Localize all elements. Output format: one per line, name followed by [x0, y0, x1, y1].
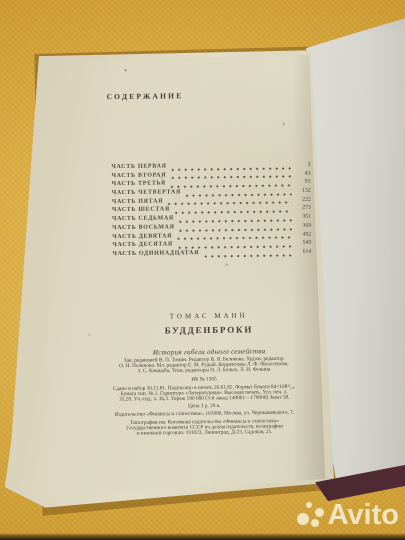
toc-page-number: 273: [294, 205, 311, 211]
toc-page-number: 222: [294, 196, 311, 202]
toc-label: ЧАСТЬ ДЕВЯТАЯ: [112, 233, 172, 240]
book-title: БУДДЕНБРОКИ: [96, 324, 321, 337]
leader-dots: [202, 253, 292, 257]
toc-page-number: 614: [294, 249, 311, 255]
toc-page-number: 132: [294, 188, 311, 194]
table-of-contents: ЧАСТЬ ПЕРВАЯ 3 ЧАСТЬ ВТОРАЯ 43 ЧАСТЬ ТРЕ…: [111, 162, 311, 260]
publisher-line: Издательство «Финансы и статистика», 101…: [75, 409, 333, 417]
ib-number: ИБ № 1305: [75, 375, 333, 383]
toc-label: ЧАСТЬ ЧЕТВЕРТАЯ: [112, 189, 181, 196]
avito-logo-icon: [297, 502, 325, 529]
author-name: ТОМАС МАНН: [96, 311, 321, 322]
book-photo: СОДЕРЖАНИЕ ЧАСТЬ ПЕРВАЯ 3 ЧАСТЬ ВТОРАЯ 4…: [0, 0, 405, 540]
toc-label: ЧАСТЬ ВТОРАЯ: [111, 172, 166, 179]
toc-page-number: 43: [293, 170, 310, 176]
toc-page-number: 91: [294, 179, 311, 185]
toc-label: ЧАСТЬ ШЕСТАЯ: [112, 207, 170, 214]
toc-page-number: 3: [293, 162, 310, 168]
toc-heading: СОДЕРЖАНИЕ: [106, 91, 183, 101]
toc-row: ЧАСТЬ ОДИННАДЦАТАЯ 614: [112, 249, 311, 260]
toc-page-number: 351: [294, 214, 311, 220]
toc-page-number: 369: [294, 222, 311, 228]
avito-watermark: Avito: [297, 501, 399, 530]
toc-label: ЧАСТЬ ДЕСЯТАЯ: [112, 242, 173, 249]
photo-bottom-shadow: [0, 533, 405, 540]
toc-label: ЧАСТЬ ПЕРВАЯ: [111, 163, 166, 170]
avito-watermark-text: Avito: [328, 501, 399, 530]
toc-label: ЧАСТЬ ВОСЬМАЯ: [112, 224, 175, 231]
toc-label: ЧАСТЬ ОДИННАДЦАТАЯ: [112, 250, 199, 257]
colophon: Зав. редакцией В. П. Томин. Редактор В. …: [75, 355, 334, 436]
title-block: ТОМАС МАНН БУДДЕНБРОКИ История гибели од…: [96, 311, 322, 358]
toc-label: ЧАСТЬ ТРЕТЬЯ: [112, 181, 166, 188]
toc-page-number: 540: [294, 240, 311, 246]
toc-page-number: 492: [294, 231, 311, 237]
toc-label: ЧАСТЬ СЕДЬМАЯ: [112, 215, 174, 222]
toc-label: ЧАСТЬ ПЯТАЯ: [112, 198, 163, 205]
